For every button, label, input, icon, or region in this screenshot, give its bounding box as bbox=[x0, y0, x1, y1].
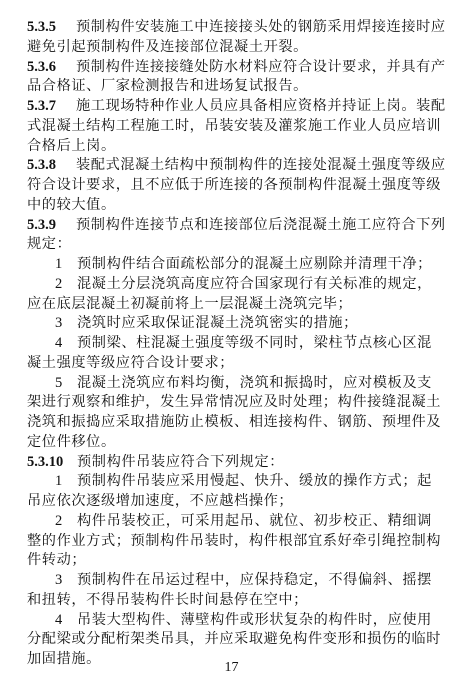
page-number: 17 bbox=[0, 660, 463, 676]
line-text: 分配梁或分配桁架类吊具，并应采取避免构件变形和损伤的临时 bbox=[27, 631, 441, 647]
text-line: 合格后上岗。 bbox=[27, 136, 116, 156]
list-item-line: 5混凝土浇筑应布料均衡，浇筑和振捣时，应对模板及支 bbox=[55, 373, 432, 393]
clause-line: 5.3.5预制构件安装施工中连接接头处的钢筋采用焊接连接时应 bbox=[27, 17, 446, 37]
line-text: 构件吊装校正，可采用起吊、就位、初步校正、精细调 bbox=[77, 513, 432, 529]
list-item-line: 2混凝土分层浇筑高度应符合国家现行有关标准的规定， bbox=[55, 274, 432, 294]
line-text: 凝土强度等级应符合设计要求； bbox=[27, 355, 234, 371]
text-line: 和扭转，不得吊装构件长时间悬停在空中； bbox=[27, 590, 308, 610]
text-line: 架进行观察和维护，发生异常情况应及时处理；构件接缝混凝土 bbox=[27, 392, 441, 412]
line-text: 符合设计要求，且不应低于所连接的各预制构件混凝土强度等级 bbox=[27, 177, 441, 193]
line-text: 和扭转，不得吊装构件长时间悬停在空中； bbox=[27, 592, 308, 608]
line-text: 吊应依次逐级增加速度，不应越档操作； bbox=[27, 493, 293, 509]
line-text: 应在底层混凝土初凝前将上一层混凝土浇筑完毕； bbox=[27, 296, 352, 312]
clause-number: 5.3.8 bbox=[27, 155, 76, 175]
clause-number: 5.3.10 bbox=[27, 452, 77, 472]
item-number: 5 bbox=[55, 373, 77, 393]
line-text: 架进行观察和维护，发生异常情况应及时处理；构件接缝混凝土 bbox=[27, 394, 441, 410]
text-line: 浇筑和振捣应采取措施防止模板、相连接构件、钢筋、预埋件及 bbox=[27, 412, 441, 432]
text-line: 凝土强度等级应符合设计要求； bbox=[27, 353, 234, 373]
item-number: 2 bbox=[55, 511, 77, 531]
text-line: 规定： bbox=[27, 234, 71, 254]
clause-line: 5.3.9预制构件连接节点和连接部位后浇混凝土施工应符合下列 bbox=[27, 215, 446, 235]
list-item-line: 4预制梁、柱混凝土强度等级不同时，梁柱节点核心区混 bbox=[55, 333, 432, 353]
line-text: 混凝土浇筑应布料均衡，浇筑和振捣时，应对模板及支 bbox=[77, 375, 432, 391]
line-text: 预制构件在吊运过程中，应保持稳定，不得偏斜、摇摆 bbox=[77, 572, 432, 588]
item-number: 3 bbox=[55, 313, 77, 333]
line-text: 整的作业方式；预制构件吊装时，构件根部宜系好牵引绳控制构 bbox=[27, 533, 441, 549]
item-number: 2 bbox=[55, 274, 77, 294]
line-text: 预制构件结合面疏松部分的混凝土应剔除并清理干净； bbox=[77, 256, 432, 272]
line-text: 预制构件连接接缝处防水材料应符合设计要求，并具有产 bbox=[76, 59, 446, 75]
line-text: 浇筑和振捣应采取措施防止模板、相连接构件、钢筋、预埋件及 bbox=[27, 414, 441, 430]
list-item-line: 1预制构件吊装应采用慢起、快升、缓放的操作方式；起 bbox=[55, 471, 432, 491]
item-number: 4 bbox=[55, 610, 77, 630]
text-line: 分配梁或分配桁架类吊具，并应采取避免构件变形和损伤的临时 bbox=[27, 629, 441, 649]
text-line: 整的作业方式；预制构件吊装时，构件根部宜系好牵引绳控制构 bbox=[27, 531, 441, 551]
line-text: 预制构件连接节点和连接部位后浇混凝土施工应符合下列 bbox=[76, 217, 446, 233]
line-text: 混凝土分层浇筑高度应符合国家现行有关标准的规定， bbox=[77, 276, 432, 292]
line-text: 装配式混凝土结构中预制构件的连接处混凝土强度等级应 bbox=[76, 157, 446, 173]
line-text: 品合格证、厂家检测报告和进场复试报告。 bbox=[27, 78, 308, 94]
line-text: 件转动； bbox=[27, 552, 86, 568]
clause-line: 5.3.10预制构件吊装应符合下列规定： bbox=[27, 452, 284, 472]
line-text: 规定： bbox=[27, 236, 71, 252]
line-text: 吊装大型构件、薄壁构件或形状复杂的构件时，应使用 bbox=[77, 612, 432, 628]
clause-line: 5.3.7施工现场特种作业人员应具备相应资格并持证上岗。装配 bbox=[27, 96, 446, 116]
item-number: 1 bbox=[55, 254, 77, 274]
item-number: 4 bbox=[55, 333, 77, 353]
list-item-line: 1预制构件结合面疏松部分的混凝土应剔除并清理干净； bbox=[55, 254, 432, 274]
line-text: 定位件移位。 bbox=[27, 434, 116, 450]
line-text: 预制梁、柱混凝土强度等级不同时，梁柱节点核心区混 bbox=[77, 335, 432, 351]
text-line: 吊应依次逐级增加速度，不应越档操作； bbox=[27, 491, 293, 511]
text-line: 应在底层混凝土初凝前将上一层混凝土浇筑完毕； bbox=[27, 294, 352, 314]
line-text: 预制构件吊装应采用慢起、快升、缓放的操作方式；起 bbox=[77, 473, 432, 489]
list-item-line: 3浇筑时应采取保证混凝土浇筑密实的措施； bbox=[55, 313, 358, 333]
text-line: 品合格证、厂家检测报告和进场复试报告。 bbox=[27, 76, 308, 96]
document-page: 5.3.5预制构件安装施工中连接接头处的钢筋采用焊接连接时应避免引起预制构件及连… bbox=[0, 0, 463, 687]
text-line: 件转动； bbox=[27, 550, 86, 570]
line-text: 合格后上岗。 bbox=[27, 138, 116, 154]
clause-number: 5.3.9 bbox=[27, 215, 76, 235]
line-text: 施工现场特种作业人员应具备相应资格并持证上岗。装配 bbox=[76, 98, 446, 114]
text-line: 中的较大值。 bbox=[27, 195, 116, 215]
clause-number: 5.3.6 bbox=[27, 57, 76, 77]
line-text: 中的较大值。 bbox=[27, 197, 116, 213]
item-number: 3 bbox=[55, 570, 77, 590]
line-text: 避免引起预制构件及连接部位混凝土开裂。 bbox=[27, 39, 308, 55]
list-item-line: 3预制构件在吊运过程中，应保持稳定，不得偏斜、摇摆 bbox=[55, 570, 432, 590]
line-text: 预制构件安装施工中连接接头处的钢筋采用焊接连接时应 bbox=[76, 19, 446, 35]
text-line: 式混凝土结构工程施工时，吊装安装及灌浆施工作业人员应培训 bbox=[27, 116, 441, 136]
text-line: 避免引起预制构件及连接部位混凝土开裂。 bbox=[27, 37, 308, 57]
item-number: 1 bbox=[55, 471, 77, 491]
text-line: 符合设计要求，且不应低于所连接的各预制构件混凝土强度等级 bbox=[27, 175, 441, 195]
line-text: 预制构件吊装应符合下列规定： bbox=[77, 454, 284, 470]
list-item-line: 2构件吊装校正，可采用起吊、就位、初步校正、精细调 bbox=[55, 511, 432, 531]
line-text: 式混凝土结构工程施工时，吊装安装及灌浆施工作业人员应培训 bbox=[27, 118, 441, 134]
list-item-line: 4吊装大型构件、薄壁构件或形状复杂的构件时，应使用 bbox=[55, 610, 432, 630]
clause-number: 5.3.5 bbox=[27, 17, 76, 37]
clause-line: 5.3.8装配式混凝土结构中预制构件的连接处混凝土强度等级应 bbox=[27, 155, 446, 175]
clause-number: 5.3.7 bbox=[27, 96, 76, 116]
text-line: 定位件移位。 bbox=[27, 432, 116, 452]
clause-line: 5.3.6预制构件连接接缝处防水材料应符合设计要求，并具有产 bbox=[27, 57, 446, 77]
line-text: 浇筑时应采取保证混凝土浇筑密实的措施； bbox=[77, 315, 358, 331]
